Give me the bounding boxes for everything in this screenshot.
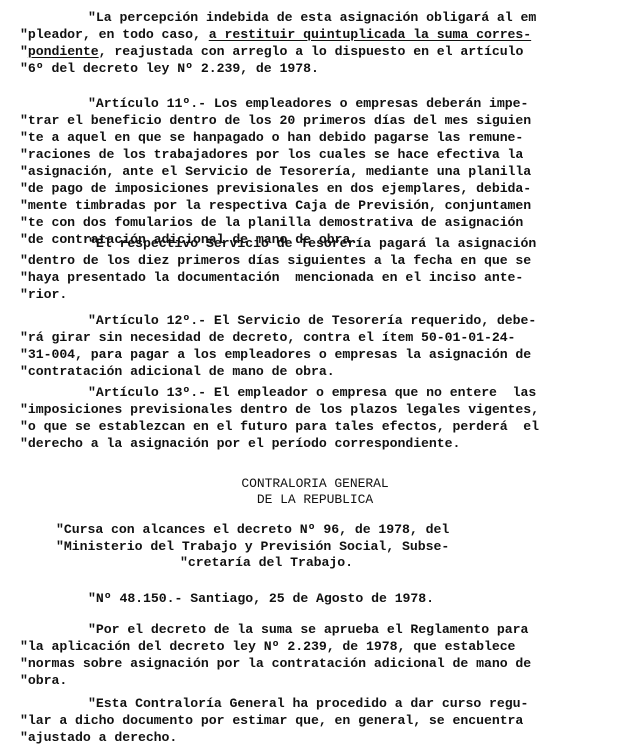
text-line: "mente timbradas por la respectiva Caja …	[20, 198, 531, 214]
text-line: "imposiciones previsionales dentro de lo…	[20, 402, 539, 418]
text-line: "rior.	[20, 287, 67, 303]
dateline: "Nº 48.150.- Santiago, 25 de Agosto de 1…	[88, 591, 434, 607]
text-line: "rá girar sin necesidad de decreto, cont…	[20, 330, 515, 346]
text-line: "31-004, para pagar a los empleadores o …	[20, 347, 531, 363]
text-line: "lar a dicho documento por estimar que, …	[20, 713, 523, 729]
text-line: "El respectivo Servicio de Tesorería pag…	[88, 236, 536, 252]
text-line: "ajustado a derecho.	[20, 730, 177, 746]
text-line: "normas sobre asignación por la contrata…	[20, 656, 531, 672]
text-line: "pleador, en todo caso, a restituir quin…	[20, 27, 531, 43]
summary-line: "cretaría del Trabajo.	[180, 555, 353, 571]
text-line: "te a aquel en que se hanpagado o han de…	[20, 130, 523, 146]
underlined-text: a restituir quintuplicada la suma corres…	[209, 27, 531, 42]
quote-mark: "	[20, 44, 28, 59]
text-line: "obra.	[20, 673, 67, 689]
text-line: "la aplicación del decreto ley Nº 2.239,…	[20, 639, 515, 655]
text-span: , reajustada con arreglo a lo dispuesto …	[99, 44, 524, 59]
text-line: "haya presentado la documentación mencio…	[20, 270, 523, 286]
text-line: "contratación adicional de mano de obra.	[20, 364, 335, 380]
text-line: "Artículo 11º.- Los empleadores o empres…	[88, 96, 528, 112]
text-line: "La percepción indebida de esta asignaci…	[88, 10, 536, 26]
heading-line: CONTRALORIA GENERAL	[0, 476, 630, 492]
text-line: "Artículo 13º.- El empleador o empresa q…	[88, 385, 536, 401]
text-line: "asignación, ante el Servicio de Tesorer…	[20, 164, 531, 180]
text-line: "derecho a la asignación por el período …	[20, 436, 460, 452]
text-line: "dentro de los diez primeros días siguie…	[20, 253, 531, 269]
text-line: "te con dos fomularios de la planilla de…	[20, 215, 523, 231]
text-line: "o que se establezcan en el futuro para …	[20, 419, 539, 435]
text-line: "trar el beneficio dentro de los 20 prim…	[20, 113, 531, 129]
document-page: "La percepción indebida de esta asignaci…	[0, 0, 630, 750]
text-line: "Artículo 12º.- El Servicio de Tesorería…	[88, 313, 536, 329]
text-line: "raciones de los trabajadores por los cu…	[20, 147, 523, 163]
summary-line: "Ministerio del Trabajo y Previsión Soci…	[56, 539, 449, 555]
summary-line: "Cursa con alcances el decreto Nº 96, de…	[56, 522, 449, 538]
text-span: "pleador, en todo caso,	[20, 27, 209, 42]
text-line: "Esta Contraloría General ha procedido a…	[88, 696, 528, 712]
heading-line: DE LA REPUBLICA	[0, 492, 630, 508]
text-line: "6º del decreto ley Nº 2.239, de 1978.	[20, 61, 319, 77]
text-line: "pondiente, reajustada con arreglo a lo …	[20, 44, 523, 60]
text-line: "de pago de imposiciones previsionales e…	[20, 181, 531, 197]
text-line: "Por el decreto de la suma se aprueba el…	[88, 622, 528, 638]
underlined-text: pondiente	[28, 44, 99, 59]
